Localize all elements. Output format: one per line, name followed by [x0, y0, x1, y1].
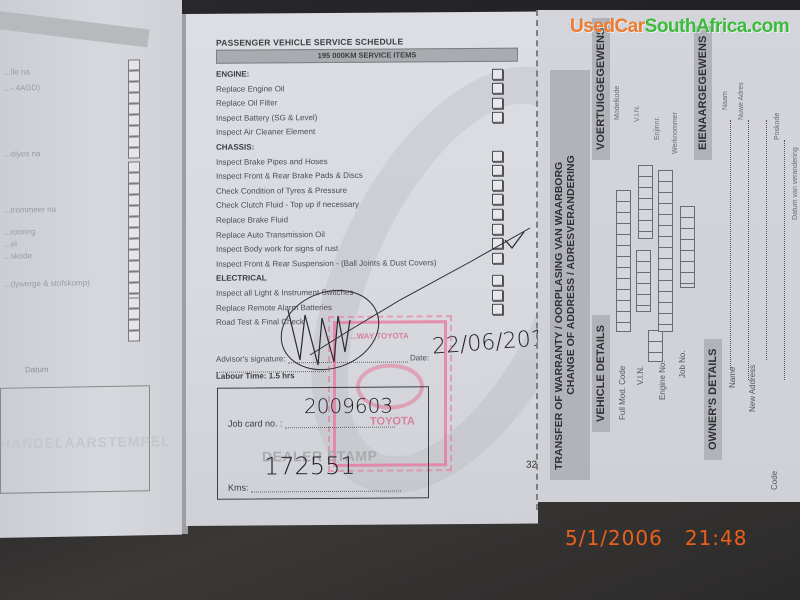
left-page-checkbox[interactable] — [128, 249, 140, 260]
job-card-label: Job card no. : — [228, 418, 395, 429]
left-page-checkbox[interactable] — [128, 282, 140, 293]
service-item: Replace Brake Fluid — [216, 215, 288, 225]
left-page-checkbox[interactable] — [128, 205, 140, 216]
postcode-line[interactable] — [784, 140, 785, 380]
voertuig-heading: VOERTUIGGEGEWENS — [592, 18, 610, 160]
left-page-checkbox[interactable] — [128, 183, 140, 194]
eienaar-heading: EIENAARGEGEWENS — [694, 26, 712, 160]
service-item-checkbox[interactable] — [492, 194, 503, 205]
service-item-checkbox[interactable] — [492, 275, 503, 286]
field-poskode: Poskode — [774, 113, 781, 140]
left-page-checkbox[interactable] — [128, 172, 140, 183]
service-item: Inspect Air Cleaner Element — [216, 127, 315, 137]
left-page-checkbox[interactable] — [128, 227, 140, 238]
left-page-checkbox[interactable] — [128, 59, 140, 70]
left-page-checkbox[interactable] — [128, 125, 140, 136]
left-label: ...skode — [4, 251, 32, 260]
site-watermark-part1: UsedCar — [570, 16, 645, 37]
left-page: ...lle na ...- 4AGD) ...olyes na ...trom… — [0, 0, 182, 538]
chassis-entry-boxes[interactable] — [638, 165, 653, 239]
left-page-checkbox[interactable] — [128, 297, 140, 308]
camera-timestamp: 5/1/200621:48 — [565, 526, 769, 550]
service-item: Inspect Body work for signs of rust — [216, 244, 338, 254]
service-item: Check Condition of Tyres & Pressure — [216, 186, 347, 196]
labour-time-label: Labour Time: — [216, 371, 267, 380]
kms-label-text: Kms: — [228, 483, 249, 493]
field-new-address: New Address — [748, 365, 757, 412]
job-card-field[interactable] — [285, 427, 395, 429]
service-item-checkbox[interactable] — [492, 98, 503, 109]
camera-time: 21:48 — [685, 526, 748, 550]
kms-handwritten: 172551 — [264, 452, 356, 481]
kms-field[interactable] — [251, 490, 401, 492]
service-item-checkbox[interactable] — [492, 304, 503, 315]
camera-date: 5/1/2006 — [565, 526, 663, 550]
service-interval-band: 195 000KM SERVICE ITEMS — [216, 48, 518, 64]
service-item: Replace Oil Filter — [216, 99, 277, 108]
left-page-checkbox[interactable] — [128, 136, 140, 147]
left-page-checkbox[interactable] — [128, 147, 140, 158]
section-heading: ELECTRICAL — [216, 274, 267, 283]
service-item: Replace Engine Oil — [216, 84, 284, 93]
field-vin-af: V.I.N. — [634, 105, 641, 122]
labour-time-value: 1.5 hrs — [269, 371, 295, 380]
left-label: ...- 4AGD) — [4, 83, 40, 93]
service-item-checkbox[interactable] — [492, 83, 503, 94]
job-no-entry-boxes[interactable] — [680, 206, 695, 288]
mod-code-entry-boxes[interactable] — [616, 190, 631, 332]
field-naam: Naam — [722, 91, 729, 110]
kms-label: Kms: — [228, 481, 401, 492]
left-page-checkbox[interactable] — [128, 92, 140, 103]
service-item: Replace Remote Alarm Batteries — [216, 303, 332, 313]
transfer-title-line2: CHANGE OF ADDRESS / ADRESVERANDERING — [565, 80, 577, 470]
dealer-stamp-box: Job card no. : 2009603 DEALER STAMP Kms:… — [217, 386, 429, 499]
service-item: Replace Auto Transmission Oil — [216, 230, 325, 240]
left-label: ...trommeer na — [4, 205, 56, 215]
left-label: ...lle na — [4, 67, 30, 76]
section-heading: ENGINE: — [216, 70, 249, 79]
field-nuwe-adres: Nuwe Adres — [738, 82, 745, 120]
service-item-checkbox[interactable] — [492, 209, 503, 220]
advisor-signature-label: Advisor's signature: — [216, 354, 286, 363]
left-page-checkbox[interactable] — [128, 330, 140, 341]
owner-details-heading: OWNER'S DETAILS — [704, 339, 722, 460]
left-page-checkbox[interactable] — [128, 194, 140, 205]
left-label: ...el — [4, 240, 17, 249]
field-werknommer: Werknommer — [672, 112, 679, 154]
service-item-checkbox[interactable] — [492, 180, 503, 191]
left-page-checkbox[interactable] — [128, 161, 140, 172]
service-item-checkbox[interactable] — [492, 223, 503, 234]
service-item: Inspect Front & Rear Brake Pads & Discs — [216, 171, 363, 181]
left-datum-label: Datum — [25, 365, 49, 374]
service-item-checkbox[interactable] — [492, 253, 503, 264]
left-label: ...olyes na — [4, 149, 40, 159]
service-item: Inspect Brake Pipes and Hoses — [216, 157, 328, 167]
service-schedule-page: PASSENGER VEHICLE SERVICE SCHEDULE 195 0… — [186, 12, 538, 526]
field-vin: V.I.N. — [636, 366, 645, 385]
wm-entry-boxes[interactable] — [648, 330, 663, 362]
service-item: Inspect Battery (SG & Level) — [216, 113, 317, 123]
field-job-no: Job No. — [678, 350, 687, 378]
field-enjinnr: Enjinnr. — [654, 117, 661, 140]
job-card-handwritten: 2009603 — [304, 394, 393, 419]
left-page-checkbox[interactable] — [128, 260, 140, 271]
service-item: Inspect Front & Rear Suspension - (Ball … — [216, 258, 437, 269]
labour-time: Labour Time: 1.5 hrs — [216, 371, 295, 381]
service-item-checkbox[interactable] — [492, 68, 503, 79]
left-label: ...(lywerge & stofskomp) — [4, 278, 90, 288]
new-address-line-2[interactable] — [766, 120, 767, 360]
left-page-checkbox[interactable] — [128, 103, 140, 114]
field-code: Code — [770, 471, 779, 490]
left-page-checkbox[interactable] — [128, 114, 140, 125]
left-page-checkbox[interactable] — [128, 271, 140, 282]
model-ob-entry-boxes[interactable] — [636, 250, 651, 312]
service-item: Check Clutch Fluid - Top up if necessary — [216, 200, 359, 210]
left-page-checkbox[interactable] — [128, 308, 140, 319]
left-page-header-band — [0, 10, 150, 47]
site-watermark-part2: SouthAfrica.com — [645, 16, 790, 37]
field-modelkode: Modelkode — [614, 86, 621, 120]
site-watermark-logo: UsedCarSouthAfrica.com — [570, 16, 789, 38]
owner-name-line[interactable] — [730, 120, 731, 370]
service-item-checkbox[interactable] — [492, 150, 503, 161]
field-engine-no: Engine No. — [658, 360, 667, 400]
schedule-title: PASSENGER VEHICLE SERVICE SCHEDULE — [216, 36, 403, 47]
job-card-label-text: Job card no. : — [228, 418, 283, 428]
stamp-text-top: ...WAY TOYOTA — [350, 331, 409, 340]
left-page-checkbox[interactable] — [128, 70, 140, 81]
left-page-checkbox[interactable] — [128, 238, 140, 249]
service-item-checkbox[interactable] — [492, 112, 503, 123]
service-item: Road Test & Final Check — [216, 317, 304, 327]
field-full-mod-code: Full Mod. Code — [618, 366, 627, 420]
left-stamp-text: HANDELAARSTEMPEL — [0, 433, 171, 452]
engine-no-entry-boxes[interactable] — [658, 170, 673, 332]
transfer-title-line1: TRANSFER OF WARRANTY / OORPLASING VAN WA… — [553, 80, 565, 470]
transfer-title-band: TRANSFER OF WARRANTY / OORPLASING VAN WA… — [550, 70, 590, 480]
service-item-checkbox[interactable] — [492, 289, 503, 300]
new-address-line-1[interactable] — [748, 120, 749, 380]
transfer-form-page: TRANSFER OF WARRANTY / OORPLASING VAN WA… — [538, 10, 800, 502]
field-datum-van-verandering: Datum van verandering — [792, 147, 799, 220]
left-label: ...rooring — [4, 227, 36, 237]
left-page-checkbox[interactable] — [128, 319, 140, 330]
service-item: Inspect all Light & Instrument Switches — [216, 288, 353, 298]
service-item-checkbox[interactable] — [492, 238, 503, 249]
vehicle-details-heading: VEHICLE DETAILS — [592, 315, 610, 432]
service-item-checkbox[interactable] — [492, 165, 503, 176]
left-page-checkbox[interactable] — [128, 81, 140, 92]
section-heading: CHASSIS: — [216, 143, 254, 152]
left-page-checkbox[interactable] — [128, 216, 140, 227]
